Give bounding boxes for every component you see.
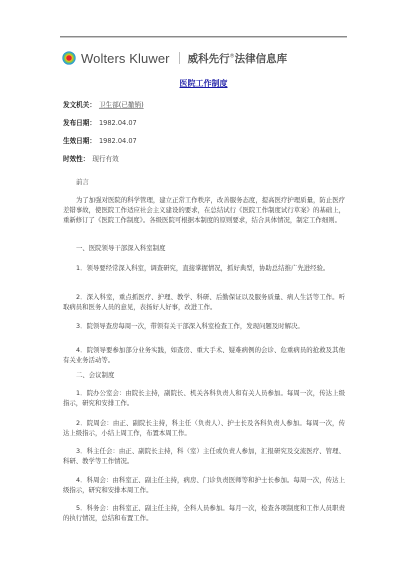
meta-value: 现行有效 (92, 155, 118, 163)
section-item: 1．院办公室会：由院长主持，副院长、机关各科负责人和有关人员参加。每周一次，传达… (63, 388, 345, 408)
section-heading: 一、医院领导干部深入科室制度 (63, 243, 358, 253)
section-item: 2．院周会：由正、副院长主持，科主任（负责人）、护士长及各科负责人参加。每周一次… (63, 418, 345, 438)
issuer-link[interactable]: 卫生部(已撤销) (99, 101, 144, 109)
brand-header: Wolters Kluwer 威科先行®法律信息库 (62, 49, 287, 67)
header-divider (60, 36, 347, 38)
section-item: 4．科周会：由科室正、副主任主持，病房、门诊负责医师等和护士长参加。每周一次，传… (63, 475, 345, 495)
wolters-kluwer-globe-icon (62, 51, 76, 65)
brand-product-name: 威科先行®法律信息库 (188, 51, 288, 66)
section-item: 4．院领导要参加部分业务实践，如查房、重大手术、疑难病例的会诊、危重病员的抢救及… (63, 345, 345, 365)
preface-paragraph: 为了加强对医院的科学管理，建立正常工作秩序，改善服务态度，提高医疗护理质量，防止… (63, 195, 345, 225)
meta-publish-date: 发布日期：1982.04.07 (63, 119, 137, 128)
meta-label: 生效日期： (63, 137, 96, 145)
brand-name: Wolters Kluwer (81, 51, 170, 66)
section-item: 1．领导要经常深入科室，调查研究，直接掌握情况，抓好典型，协助总结推广先进经验。 (63, 263, 345, 273)
brand-cn-suffix: 法律信息库 (235, 53, 288, 65)
section-item: 5．科务会：由科室正、副主任主持，全科人员参加。每月一次，检查各项制度和工作人员… (63, 503, 345, 523)
meta-effective-date: 生效日期：1982.04.07 (63, 137, 137, 146)
meta-value: 1982.04.07 (99, 119, 137, 127)
document-title-link[interactable]: 医院工作制度 (60, 78, 347, 89)
meta-value: 1982.04.07 (99, 137, 137, 145)
brand-cn-prefix: 威科先行 (188, 53, 230, 65)
section-item: 2．深入科室，重点抓医疗、护理、教学、科研、后勤保证以及服务质量、病人生活等工作… (63, 292, 345, 312)
meta-issuer: 发文机关：卫生部(已撤销) (63, 101, 144, 110)
section-item: 3．科主任会：由正、副院长主持，科（室）主任或负责人参加，汇报研究及交流医疗、管… (63, 446, 345, 466)
section-heading: 二、会议制度 (63, 370, 358, 380)
meta-label: 时效性： (63, 155, 89, 163)
section-item: 3．院领导查房每周一次，带领有关干部深入科室检查工作，发现问题及时解决。 (63, 321, 345, 331)
brand-separator (179, 52, 180, 64)
meta-label: 发布日期： (63, 119, 96, 127)
meta-label: 发文机关： (63, 101, 96, 109)
meta-validity: 时效性：现行有效 (63, 155, 119, 164)
preface-heading: 前言 (63, 177, 358, 187)
